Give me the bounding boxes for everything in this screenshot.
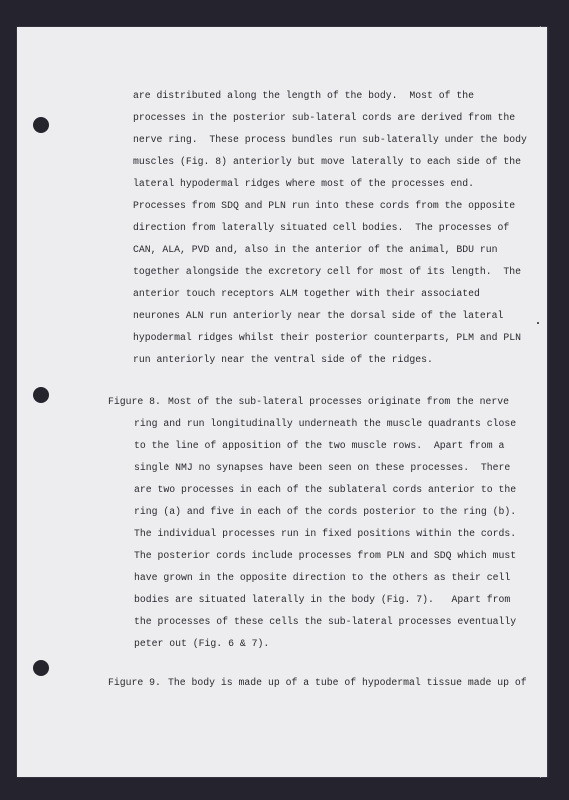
- text-line: together alongside the excretory cell fo…: [133, 266, 521, 278]
- text-line: Processes from SDQ and PLN run into thes…: [133, 200, 515, 212]
- text-line: bodies are situated laterally in the bod…: [134, 594, 510, 606]
- text-line: The individual processes run in fixed po…: [134, 528, 516, 540]
- text-line: run anteriorly near the ventral side of …: [133, 354, 433, 366]
- text-line: to the line of apposition of the two mus…: [134, 440, 504, 452]
- speck: [537, 322, 539, 324]
- text-line: lateral hypodermal ridges where most of …: [133, 178, 474, 190]
- text-line: single NMJ no synapses have been seen on…: [134, 462, 510, 474]
- text-line: are two processes in each of the sublate…: [134, 484, 516, 496]
- text-line: ring and run longitudinally underneath t…: [134, 418, 516, 430]
- punch-hole: [33, 117, 49, 133]
- text-line: The posterior cords include processes fr…: [134, 550, 516, 562]
- document-page: are distributed along the length of the …: [17, 27, 547, 777]
- figure-label: Figure 8.: [108, 396, 161, 408]
- text-line: Most of the sub-lateral processes origin…: [168, 396, 509, 408]
- punch-hole: [33, 660, 49, 676]
- text-line: CAN, ALA, PVD and, also in the anterior …: [133, 244, 498, 256]
- figure-label: Figure 9.: [108, 677, 161, 689]
- text-line: have grown in the opposite direction to …: [134, 572, 510, 584]
- text-line: muscles (Fig. 8) anteriorly but move lat…: [133, 156, 521, 168]
- text-line: the processes of these cells the sub-lat…: [134, 616, 516, 628]
- text-line: nerve ring. These process bundles run su…: [133, 134, 527, 146]
- text-line: processes in the posterior sub-lateral c…: [133, 112, 515, 124]
- text-line: are distributed along the length of the …: [133, 90, 474, 102]
- text-line: neurones ALN run anteriorly near the dor…: [133, 310, 503, 322]
- text-line: direction from laterally situated cell b…: [133, 222, 509, 234]
- text-line: hypodermal ridges whilst their posterior…: [133, 332, 521, 344]
- text-line: anterior touch receptors ALM together wi…: [133, 288, 480, 300]
- text-line: peter out (Fig. 6 & 7).: [134, 638, 269, 650]
- text-line: ring (a) and five in each of the cords p…: [134, 506, 516, 518]
- text-line: The body is made up of a tube of hypoder…: [168, 677, 527, 689]
- punch-hole: [33, 387, 49, 403]
